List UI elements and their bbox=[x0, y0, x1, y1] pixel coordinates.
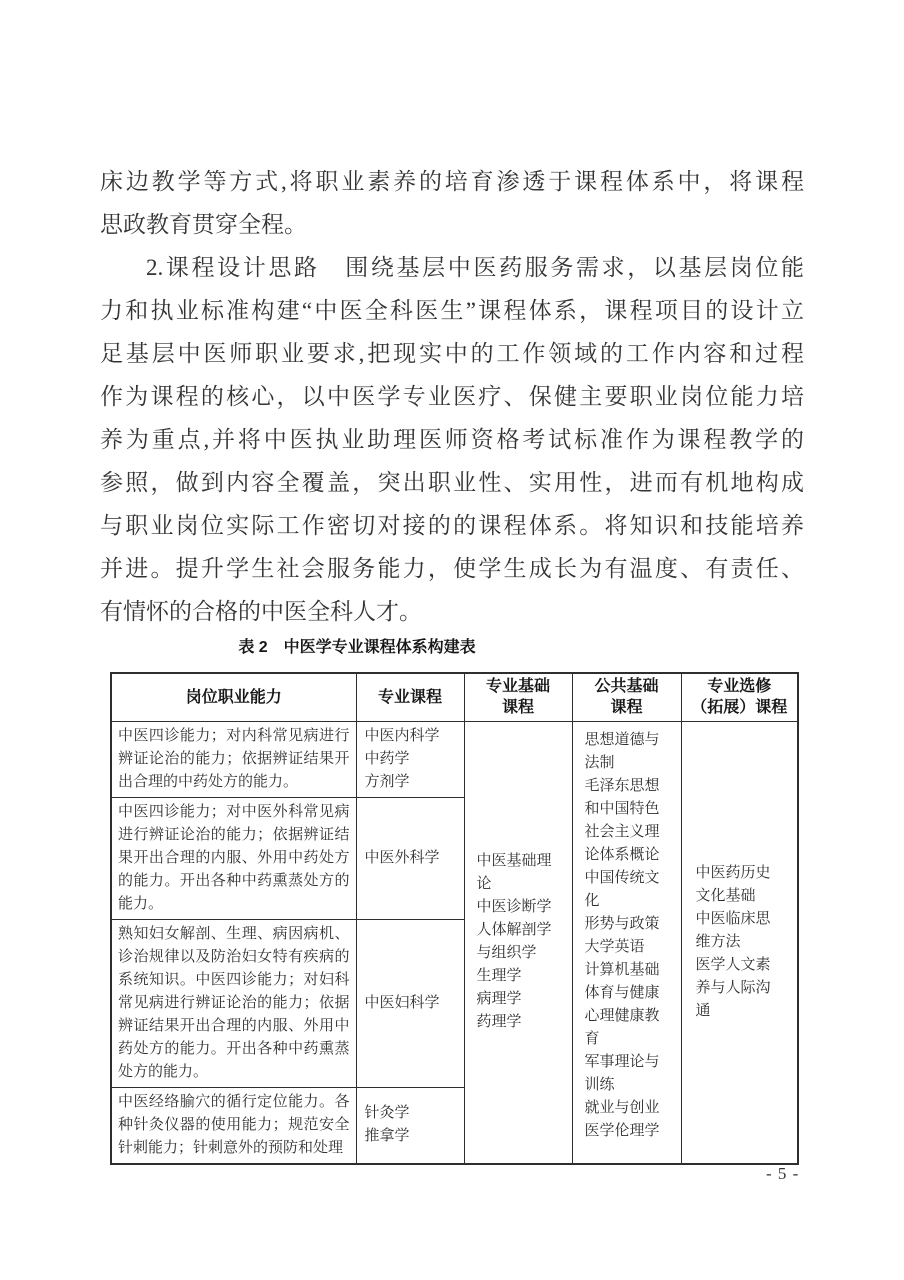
course-item: 方剂学 bbox=[365, 771, 456, 794]
header-cell-professional: 专业课程 bbox=[356, 673, 464, 721]
paragraph-1: 床边教学等方式,将职业素养的培育渗透于课程体系中，将课程 思政教育贯穿全程。 bbox=[100, 160, 804, 246]
header-cell-ability: 岗位职业能力 bbox=[111, 673, 356, 721]
course-item: 医学人文素养与人际沟通 bbox=[696, 954, 784, 1023]
ability-cell: 中医四诊能力；对内科常见病进行辨证论治的能力；依据辨证结果开出合理的中药处方的能… bbox=[111, 721, 356, 797]
course-item: 生理学 bbox=[477, 965, 560, 988]
text-line: 养为重点,并将中医执业助理医师资格考试标准作为课程教学的 bbox=[100, 418, 804, 461]
text-line: 有情怀的合格的中医全科人才。 bbox=[100, 590, 804, 633]
course-item: 就业与创业 bbox=[585, 1097, 669, 1120]
text-line: 思政教育贯穿全程。 bbox=[100, 203, 804, 246]
course-item: 医学伦理学 bbox=[585, 1120, 669, 1143]
elective-cell: 中医药历史文化基础中医临床思维方法医学人文素养与人际沟通 bbox=[681, 721, 798, 1164]
table-caption: 表 2 中医学专业课程体系构建表 bbox=[100, 636, 804, 660]
course-item: 病理学 bbox=[477, 988, 560, 1011]
course-item: 计算机基础 bbox=[585, 959, 669, 982]
course-item: 思想道德与法制 bbox=[585, 729, 669, 775]
course-item: 中医诊断学 bbox=[477, 896, 560, 919]
ability-cell: 中医经络腧穴的循行定位能力。各种针灸仪器的使用能力；规范安全针刺能力；针刺意外的… bbox=[111, 1087, 356, 1164]
course-item: 军事理论与训练 bbox=[585, 1051, 669, 1097]
ability-cell: 中医四诊能力；对中医外科常见病进行辨证论治的能力；依据辨证结果开出合理的内服、外… bbox=[111, 797, 356, 919]
course-item: 中医药历史文化基础 bbox=[696, 862, 784, 908]
text-line: 与职业岗位实际工作密切对接的的课程体系。将知识和技能培养 bbox=[100, 504, 804, 547]
course-item: 针灸学 bbox=[365, 1102, 456, 1125]
courses-cell: 中医妇科学 bbox=[356, 919, 464, 1087]
paragraph-2: 2.课程设计思路 围绕基层中医药服务需求，以基层岗位能 力和执业标准构建“中医全… bbox=[100, 246, 804, 633]
course-item: 大学英语 bbox=[585, 936, 669, 959]
text-line: 并进。提升学生社会服务能力，使学生成长为有温度、有责任、 bbox=[100, 547, 804, 590]
course-item: 中医临床思维方法 bbox=[696, 908, 784, 954]
text-line: 2.课程设计思路 围绕基层中医药服务需求，以基层岗位能 bbox=[100, 246, 804, 289]
course-item: 推拿学 bbox=[365, 1125, 456, 1148]
course-item: 形势与政策 bbox=[585, 913, 669, 936]
table-row: 中医四诊能力；对内科常见病进行辨证论治的能力；依据辨证结果开出合理的中药处方的能… bbox=[111, 721, 798, 797]
course-item: 中医妇科学 bbox=[365, 992, 456, 1015]
text-line: 足基层中医师职业要求,把现实中的工作领域的工作内容和过程 bbox=[100, 332, 804, 375]
text-line: 力和执业标准构建“中医全科医生”课程体系，课程项目的设计立 bbox=[100, 289, 804, 332]
course-item: 人体解剖学与组织学 bbox=[477, 919, 560, 965]
course-item: 药理学 bbox=[477, 1011, 560, 1034]
courses-cell: 中医内科学中药学方剂学 bbox=[356, 721, 464, 797]
table-caption-text: 表 2 中医学专业课程体系构建表 bbox=[238, 639, 475, 656]
course-item: 体育与健康 bbox=[585, 982, 669, 1005]
course-item: 中医基础理论 bbox=[477, 850, 560, 896]
text-line: 作为课程的核心，以中医学专业医疗、保健主要职业岗位能力培 bbox=[100, 375, 804, 418]
course-item: 毛泽东思想和中国特色社会主义理论体系概论 bbox=[585, 775, 669, 867]
course-item: 心理健康教育 bbox=[585, 1005, 669, 1051]
body-text: 床边教学等方式,将职业素养的培育渗透于课程体系中，将课程 思政教育贯穿全程。 2… bbox=[100, 0, 804, 633]
ability-cell: 熟知妇女解剖、生理、病因病机、诊治规律以及防治妇女特有疾病的系统知识。中医四诊能… bbox=[111, 919, 356, 1087]
page-content: 床边教学等方式,将职业素养的培育渗透于课程体系中，将课程 思政教育贯穿全程。 2… bbox=[100, 0, 804, 1165]
header-cell-professional-basic: 专业基础 课程 bbox=[464, 673, 572, 721]
course-item: 中药学 bbox=[365, 748, 456, 771]
course-item: 中医内科学 bbox=[365, 725, 456, 748]
page-number: - 5 - bbox=[766, 1164, 799, 1184]
course-item: 中国传统文化 bbox=[585, 867, 669, 913]
public-basic-cell: 思想道德与法制毛泽东思想和中国特色社会主义理论体系概论中国传统文化形势与政策大学… bbox=[572, 721, 681, 1164]
table-header-row: 岗位职业能力 专业课程 专业基础 课程 公共基础 课程 专业选修 （拓展）课程 bbox=[111, 673, 798, 721]
text-line: 床边教学等方式,将职业素养的培育渗透于课程体系中，将课程 bbox=[100, 160, 804, 203]
curriculum-table: 岗位职业能力 专业课程 专业基础 课程 公共基础 课程 专业选修 （拓展）课程 … bbox=[110, 672, 799, 1165]
text-line: 参照，做到内容全覆盖，突出职业性、实用性，进而有机地构成 bbox=[100, 461, 804, 504]
courses-cell: 针灸学推拿学 bbox=[356, 1087, 464, 1164]
header-cell-public-basic: 公共基础 课程 bbox=[572, 673, 681, 721]
courses-cell: 中医外科学 bbox=[356, 797, 464, 919]
course-item: 中医外科学 bbox=[365, 847, 456, 870]
document-page: 床边教学等方式,将职业素养的培育渗透于课程体系中，将课程 思政教育贯穿全程。 2… bbox=[0, 0, 904, 1280]
header-cell-elective: 专业选修 （拓展）课程 bbox=[681, 673, 798, 721]
professional-basic-cell: 中医基础理论中医诊断学人体解剖学与组织学生理学病理学药理学 bbox=[464, 721, 572, 1164]
